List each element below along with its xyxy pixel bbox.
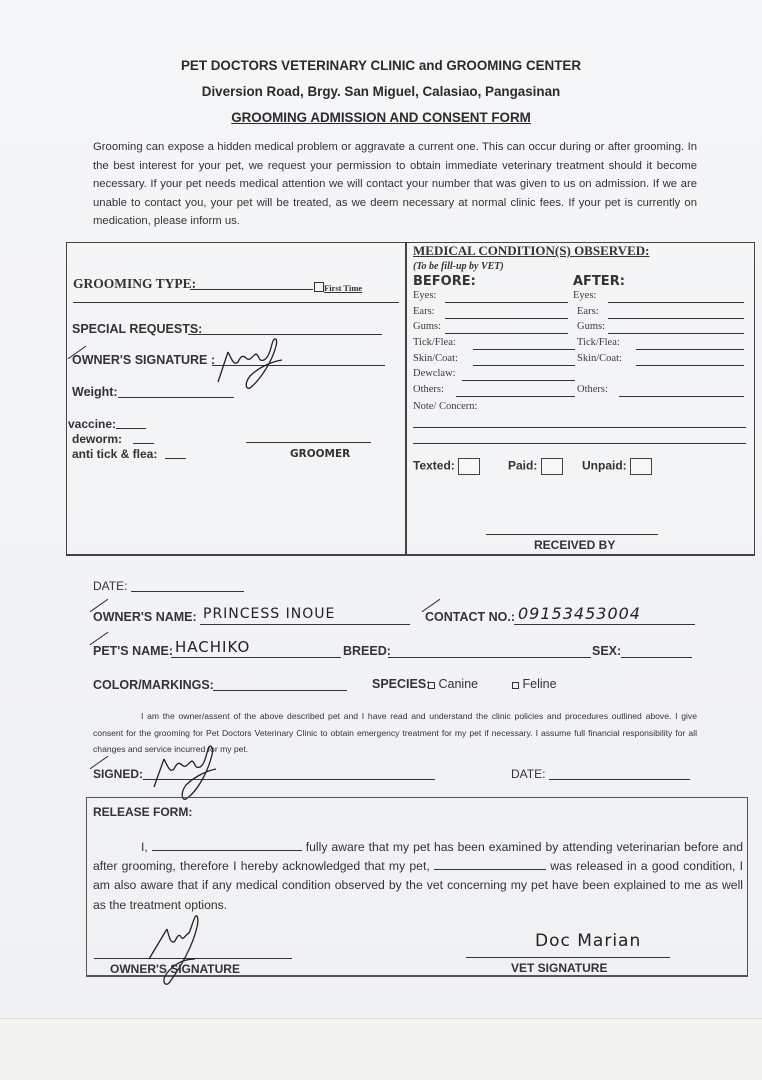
after-field-label: Gums: (577, 321, 605, 332)
color-markings-field[interactable] (213, 690, 347, 691)
after-field-input[interactable] (619, 396, 744, 397)
species-canine-option[interactable]: Canine (428, 677, 478, 691)
medical-conditions-title: MEDICAL CONDITION(S) OBSERVED: (413, 243, 649, 259)
after-field-label: Tick/Flea: (577, 337, 620, 348)
before-field-input[interactable] (473, 349, 575, 350)
contact-label: CONTACT NO.: (425, 610, 515, 624)
grooming-type-field-line2[interactable] (73, 302, 399, 303)
owner-signature-label: OWNER'S SIGNATURE : (72, 353, 215, 367)
received-by-field[interactable] (486, 534, 658, 535)
received-by-label: RECEIVED BY (534, 538, 615, 552)
before-field-input[interactable] (445, 318, 568, 319)
release-owner-signature-label: OWNER'S SIGNATURE (110, 962, 240, 976)
deworm-label: deworm: (72, 432, 122, 446)
scan-margin (0, 1018, 762, 1080)
after-field-input[interactable] (608, 333, 744, 334)
note-concern-field-line2[interactable] (413, 443, 746, 444)
feline-checkbox[interactable] (512, 682, 519, 689)
species-feline-option[interactable]: Feline (512, 677, 557, 691)
paid-group[interactable]: Paid: (508, 458, 563, 475)
consent-signature-icon (148, 745, 228, 805)
admission-box-divider (405, 242, 407, 556)
pet-name-field[interactable] (171, 657, 341, 658)
owner-name-label: OWNER'S NAME: (93, 610, 197, 624)
medical-subtitle: (To be fill-up by VET) (413, 261, 504, 272)
after-field-input[interactable] (608, 318, 744, 319)
texted-group[interactable]: Texted: (413, 458, 480, 475)
release-owner-signature-icon (145, 915, 215, 990)
pet-name-value[interactable]: HACHIKO (175, 638, 250, 656)
canine-checkbox[interactable] (428, 682, 435, 689)
after-label: AFTER: (573, 274, 625, 289)
before-field-label: Ears: (413, 306, 435, 317)
paid-checkbox[interactable] (541, 458, 563, 475)
weight-field[interactable] (118, 397, 234, 398)
owner-name-field[interactable] (200, 624, 410, 625)
vet-signature-label: VET SIGNATURE (511, 961, 607, 975)
texted-label: Texted: (413, 459, 455, 473)
first-time-label: First Time (324, 283, 362, 293)
anti-tick-flea-field[interactable] (165, 458, 186, 459)
consent-date-label: DATE: (511, 767, 545, 781)
before-field-label: Dewclaw: (413, 368, 456, 379)
texted-checkbox[interactable] (458, 458, 480, 475)
contact-field[interactable] (514, 624, 695, 625)
before-field-input[interactable] (445, 302, 568, 303)
release-owner-name-field[interactable] (152, 839, 302, 851)
form-title: GROOMING ADMISSION AND CONSENT FORM (0, 110, 762, 125)
pet-name-label: PET'S NAME: (93, 644, 173, 658)
before-field-label: Skin/Coat: (413, 353, 458, 364)
breed-label: BREED: (343, 644, 391, 658)
first-time-checkbox-group[interactable]: First Time (314, 278, 362, 296)
first-time-checkbox[interactable] (314, 282, 324, 292)
before-field-input[interactable] (473, 365, 575, 366)
after-field-label: Eyes: (573, 290, 596, 301)
weight-label: Weight: (72, 385, 118, 399)
special-requests-label: SPECIAL REQUESTS: (72, 322, 202, 336)
unpaid-checkbox[interactable] (630, 458, 652, 475)
before-field-input[interactable] (462, 380, 575, 381)
grooming-type-label: GROOMING TYPE: (73, 276, 196, 292)
vet-signature-value[interactable]: Doc Marian (535, 931, 641, 951)
before-field-input[interactable] (456, 396, 575, 397)
release-form-title: RELEASE FORM: (93, 805, 192, 819)
intro-paragraph: Grooming can expose a hidden medical pro… (93, 138, 697, 231)
owner-name-value[interactable]: PRINCESS INOUE (203, 606, 335, 622)
after-field-input[interactable] (636, 365, 744, 366)
before-field-input[interactable] (445, 333, 568, 334)
signed-label: SIGNED: (93, 767, 143, 781)
consent-date-field[interactable] (549, 779, 690, 780)
species-label: SPECIES: (372, 677, 430, 691)
breed-field[interactable] (388, 657, 591, 658)
clinic-name: PET DOCTORS VETERINARY CLINIC and GROOMI… (0, 58, 762, 73)
before-field-label: Eyes: (413, 290, 436, 301)
grooming-type-field[interactable] (190, 289, 313, 290)
after-field-input[interactable] (636, 349, 744, 350)
vet-signature-field[interactable] (466, 957, 670, 958)
date-label: DATE: (93, 579, 127, 593)
sex-label: SEX: (592, 644, 621, 658)
deworm-field[interactable] (133, 443, 154, 444)
before-field-label: Gums: (413, 321, 441, 332)
paid-label: Paid: (508, 459, 537, 473)
note-concern-field-line1[interactable] (413, 427, 746, 428)
release-paragraph: I, fully aware that my pet has been exam… (93, 838, 743, 915)
release-pet-name-field[interactable] (434, 858, 546, 870)
before-field-label: Others: (413, 384, 444, 395)
canine-label: Canine (438, 677, 478, 691)
after-field-input[interactable] (608, 302, 744, 303)
contact-value[interactable]: 09153453004 (518, 604, 641, 623)
after-field-label: Others: (577, 384, 608, 395)
date-field[interactable] (131, 591, 244, 592)
owner-signature-icon (210, 332, 290, 392)
after-field-label: Skin/Coat: (577, 353, 622, 364)
sex-field[interactable] (621, 657, 692, 658)
unpaid-group[interactable]: Unpaid: (582, 458, 652, 475)
before-field-label: Tick/Flea: (413, 337, 456, 348)
color-markings-label: COLOR/MARKINGS: (93, 678, 214, 692)
after-field-label: Ears: (577, 306, 599, 317)
vaccine-field[interactable] (116, 428, 146, 429)
groomer-label: GROOMER (290, 448, 350, 460)
release-text-part1: I, (141, 840, 148, 854)
groomer-signature-field[interactable] (246, 442, 371, 443)
clinic-address: Diversion Road, Brgy. San Miguel, Calasi… (0, 84, 762, 99)
feline-label: Feline (522, 677, 556, 691)
unpaid-label: Unpaid: (582, 459, 627, 473)
before-label: BEFORE: (413, 274, 476, 289)
note-concern-label: Note/ Concern: (413, 401, 477, 412)
vaccine-label: vaccine: (68, 417, 116, 431)
anti-tick-flea-label: anti tick & flea: (72, 447, 157, 461)
